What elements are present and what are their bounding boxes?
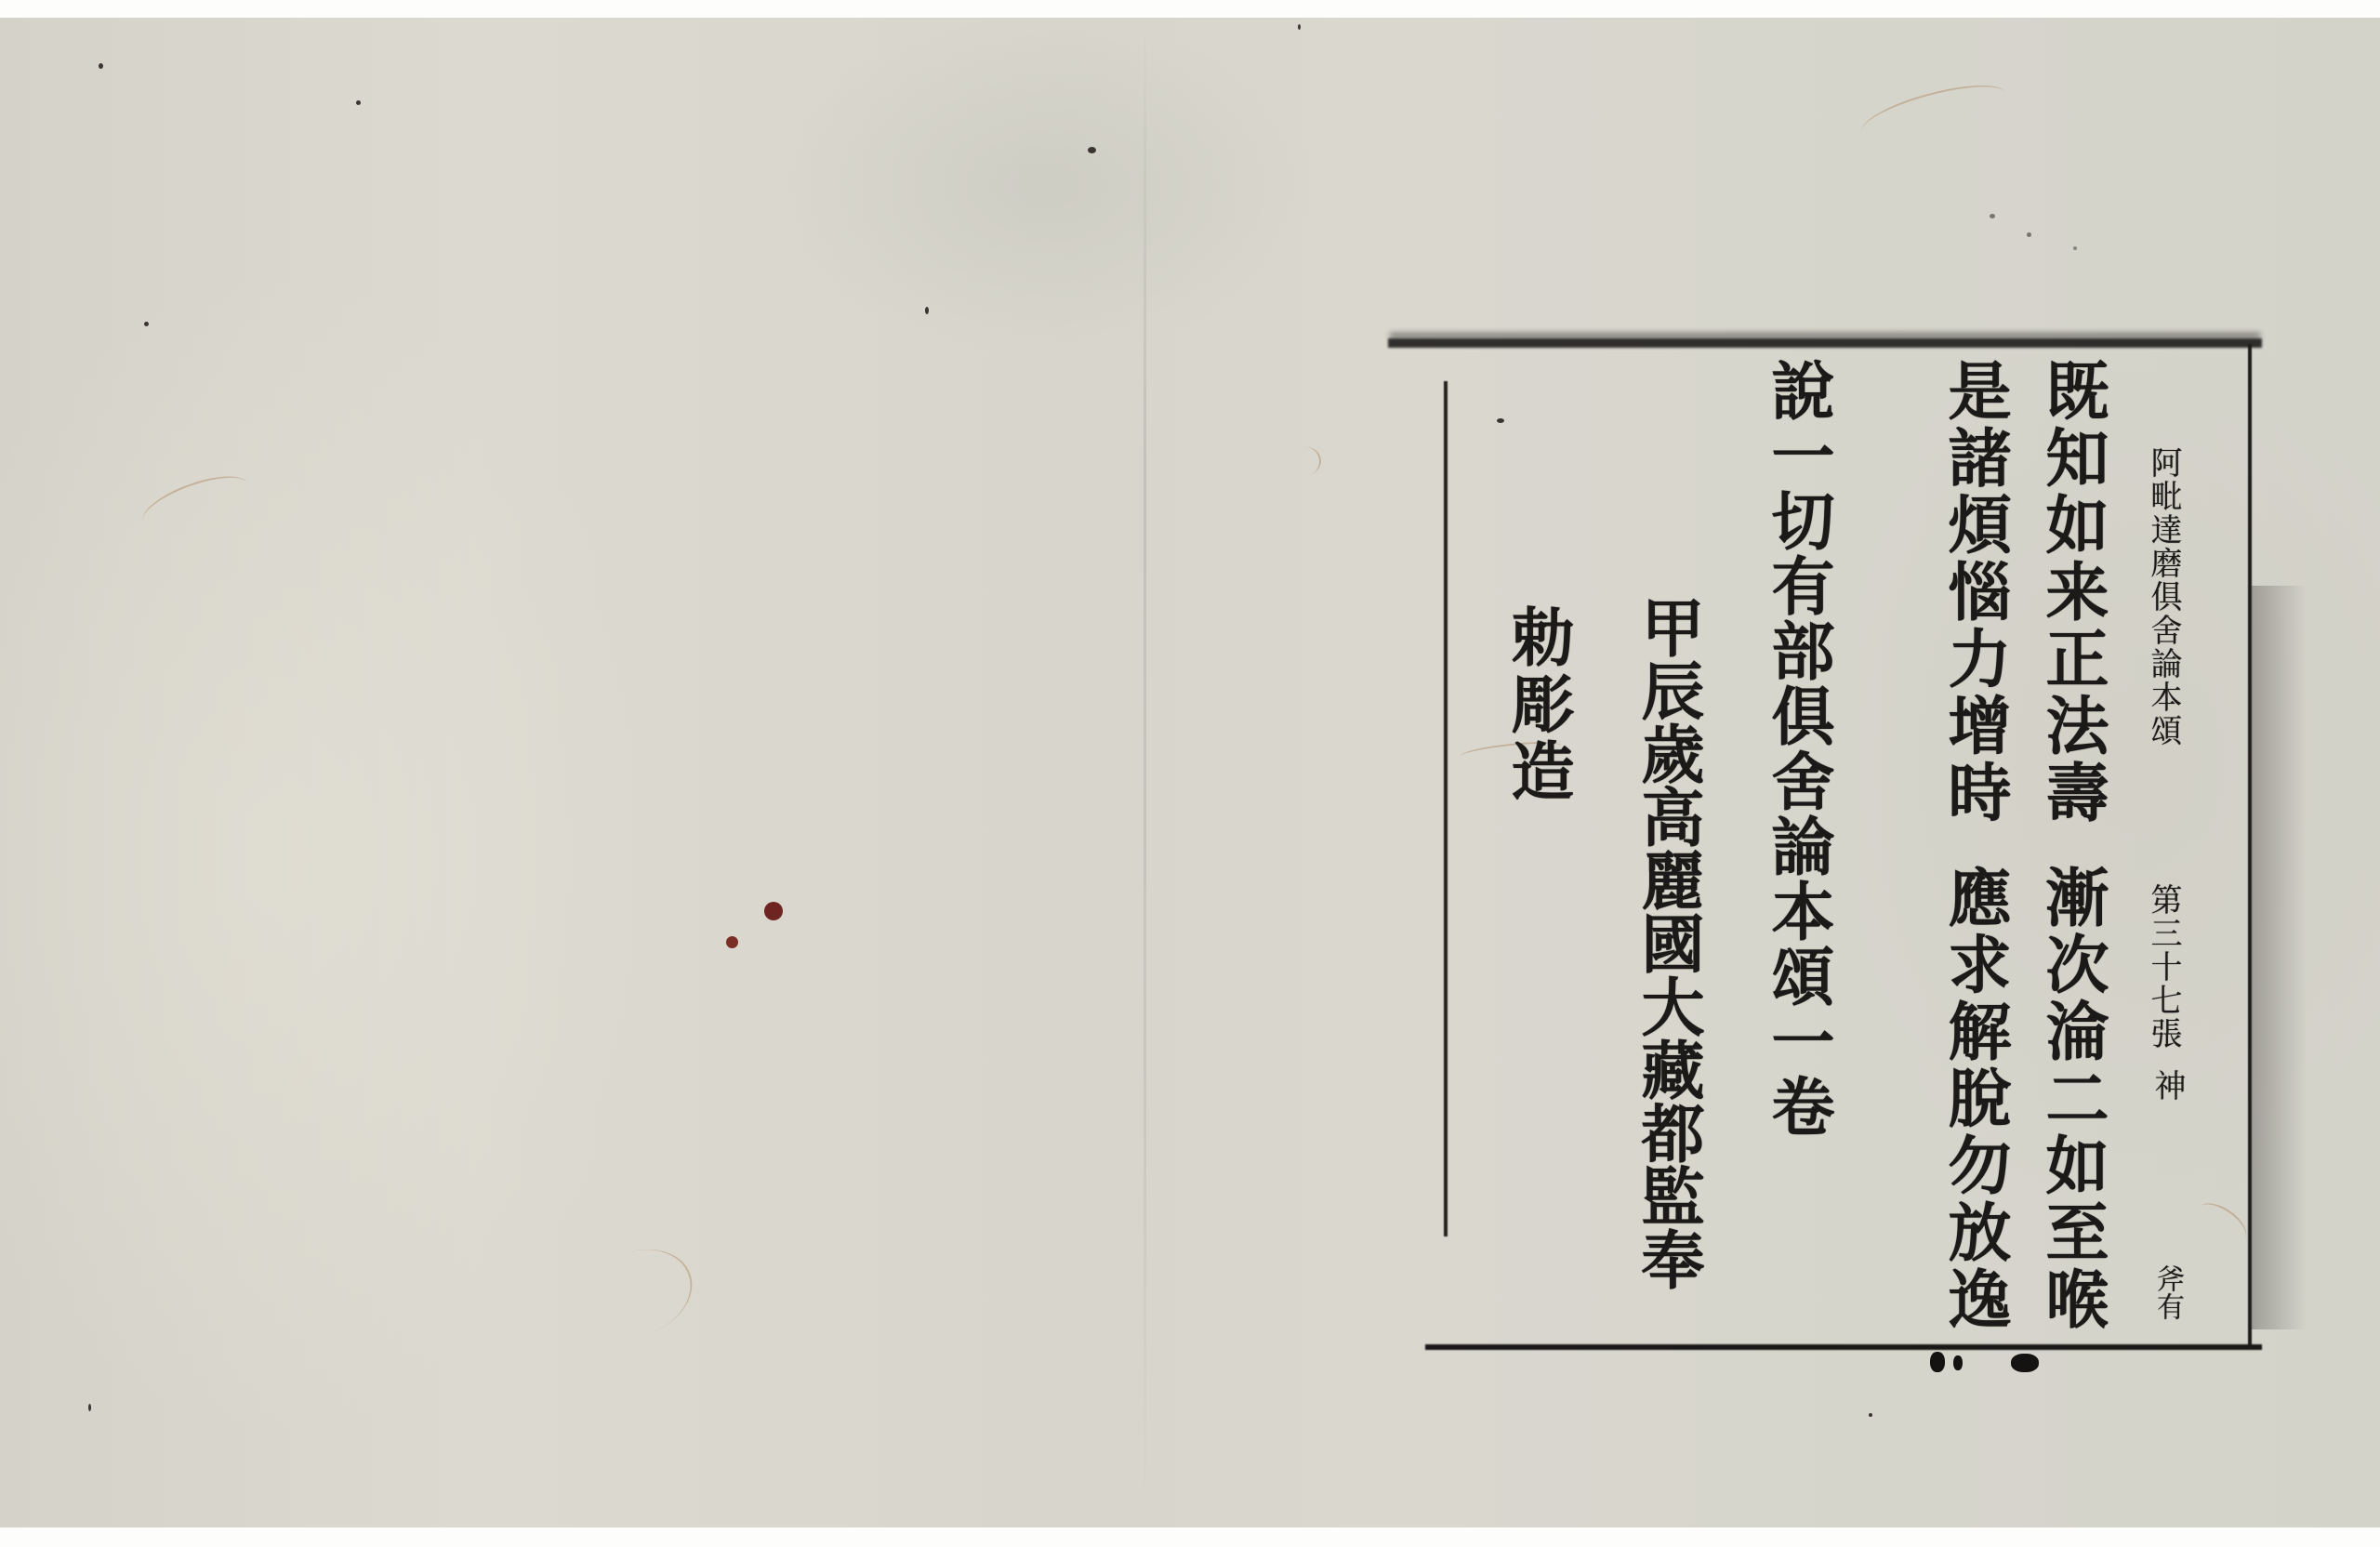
ink-drip — [1953, 1355, 1963, 1370]
margin-page-number: 第三十七張 — [2148, 883, 2179, 1051]
printed-frame — [1444, 344, 2250, 1348]
ink-drip — [2011, 1354, 2039, 1372]
margin-title: 阿毗達磨俱舍論本頌 — [2148, 446, 2179, 747]
frame-edge-ink-shadow — [2251, 586, 2307, 1329]
ink-speck — [2073, 246, 2077, 250]
ink-speck — [925, 307, 929, 314]
ink-speck — [1088, 147, 1096, 153]
frame-left-border — [1444, 381, 1448, 1236]
paper-fold-crease — [1144, 18, 1146, 1527]
ink-speck — [1869, 1413, 1872, 1417]
ink-speck — [99, 63, 103, 69]
ink-speck — [1298, 24, 1301, 30]
red-stain-spot — [726, 936, 738, 948]
verse-column-1-upper: 既知如来正法壽 — [2041, 358, 2104, 826]
ink-speck — [356, 100, 361, 105]
frame-top-border — [1388, 338, 2262, 348]
red-stain-spot — [764, 902, 783, 920]
margin-engraver-name: 斧有 — [2153, 1264, 2181, 1320]
colophon-column-1: 甲辰歲高麗國大藏都監奉 — [1636, 595, 1699, 1290]
colophon-column-2: 勅彫造 — [1506, 604, 1569, 805]
verse-column-1-lower: 漸次淪二如至喉 — [2041, 865, 2104, 1333]
ink-drip — [1930, 1352, 1945, 1372]
ink-speck — [1990, 214, 1995, 218]
verse-column-2-upper: 是諸煩惱力增時 — [1943, 358, 2006, 826]
ink-speck — [144, 322, 149, 326]
frame-bottom-border — [1425, 1344, 2262, 1350]
ink-speck — [88, 1404, 91, 1411]
end-title-column: 說一切有部俱舍論本頌一卷 — [1766, 358, 1830, 1139]
ink-speck — [2027, 232, 2031, 237]
verse-column-2-lower: 應求解脫勿放逸 — [1943, 865, 2006, 1333]
margin-case-mark: 神 — [2151, 1069, 2183, 1103]
